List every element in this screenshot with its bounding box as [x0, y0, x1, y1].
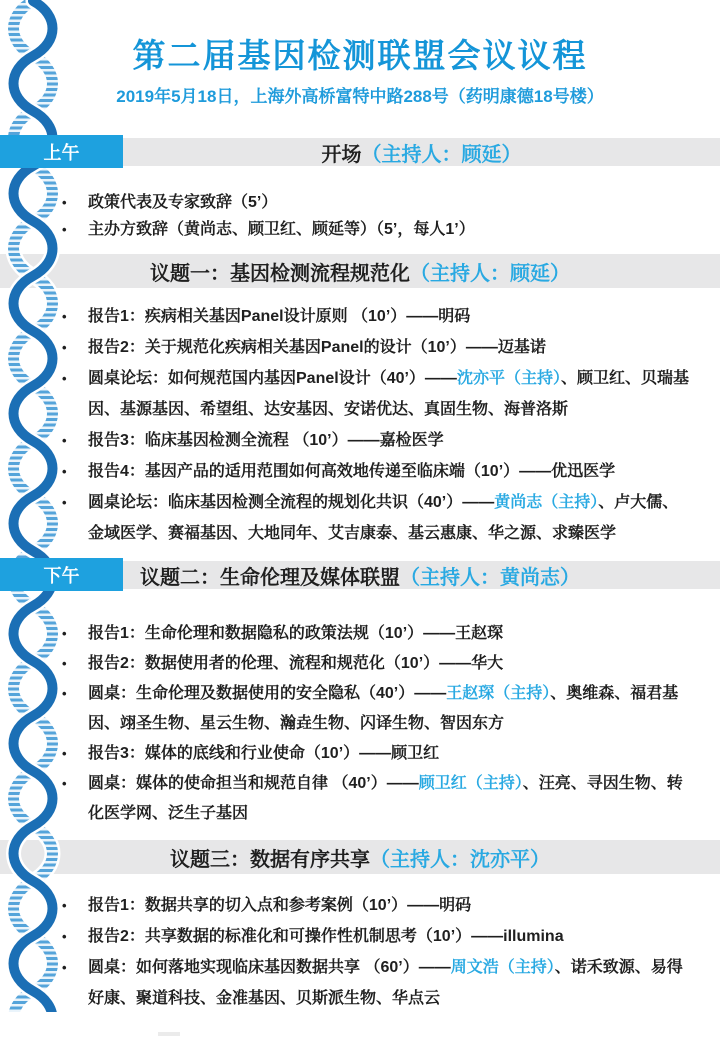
list-item: • 报告1：生命伦理和数据隐私的政策法规（10’）——王赵琛 — [62, 619, 692, 649]
section-heading-topic1: 议题一：基因检测流程规范化（主持人：顾延） — [150, 257, 570, 286]
list-item: • 报告3：媒体的底线和行业使命（10’）——顾卫红 — [62, 739, 692, 769]
list-item: • 政策代表及专家致辞（5’） — [62, 189, 692, 216]
bullet-icon: • — [62, 769, 88, 829]
item-text: 报告2：数据使用者的伦理、流程和规范化（10’）——华大 — [88, 649, 692, 679]
list-item: • 报告2：共享数据的标准化和可操作性机制思考（10’）——illumina — [62, 921, 692, 952]
section-heading-topic2: 议题二：生命伦理及媒体联盟（主持人：黄尚志） — [140, 561, 580, 590]
item-host-name: 黄尚志（主持） — [494, 494, 598, 511]
time-label-morning: 上午 — [0, 135, 123, 168]
list-item: • 主办方致辞（黄尚志、顾卫红、顾延等）（5’，每人1’） — [62, 216, 692, 243]
bottom-edge-artifact — [158, 1032, 180, 1036]
item-text: 圆桌：媒体的使命担当和规范自律 （40’）——顾卫红（主持）、汪亮、寻因生物、转… — [88, 769, 692, 829]
agenda-page: { "page": { "title": "第二届基因检测联盟会议议程", "s… — [0, 0, 720, 1040]
list-item: • 报告4：基因产品的适用范围如何高效地传递至临床端（10’）——优迅医学 — [62, 456, 692, 487]
section-heading-main: 议题二：生命伦理及媒体联盟 — [140, 567, 400, 589]
item-text-pre: 圆桌：如何落地实现临床基因数据共享 （60’）—— — [88, 959, 451, 976]
item-text-pre: 圆桌论坛：如何规范国内基因Panel设计（40’）—— — [88, 370, 457, 387]
item-host-name: 王赵琛（主持） — [446, 685, 550, 702]
item-text: 主办方致辞（黄尚志、顾卫红、顾延等）（5’，每人1’） — [88, 216, 692, 243]
item-text: 圆桌：如何落地实现临床基因数据共享 （60’）——周文浩（主持）、诺禾致源、易得… — [88, 952, 692, 1014]
list-item: • 圆桌：生命伦理及数据使用的安全隐私（40’）——王赵琛（主持）、奥维森、福君… — [62, 679, 692, 739]
list-item: • 圆桌论坛：如何规范国内基因Panel设计（40’）——沈亦平（主持）、顾卫红… — [62, 363, 692, 425]
bullet-icon: • — [62, 739, 88, 769]
item-text: 圆桌：生命伦理及数据使用的安全隐私（40’）——王赵琛（主持）、奥维森、福君基因… — [88, 679, 692, 739]
bullet-icon: • — [62, 619, 88, 649]
section-heading-topic3: 议题三：数据有序共享（主持人：沈亦平） — [170, 843, 550, 872]
bullet-icon: • — [62, 363, 88, 425]
list-item: • 圆桌论坛：临床基因检测全流程的规划化共识（40’）——黄尚志（主持）、卢大儒… — [62, 487, 692, 549]
item-text: 政策代表及专家致辞（5’） — [88, 189, 692, 216]
item-host-name: 周文浩（主持） — [451, 959, 555, 976]
item-text: 报告4：基因产品的适用范围如何高效地传递至临床端（10’）——优迅医学 — [88, 456, 692, 487]
item-text: 报告2：共享数据的标准化和可操作性机制思考（10’）——illumina — [88, 921, 692, 952]
bullet-icon: • — [62, 425, 88, 456]
topic2-item-list: • 报告1：生命伦理和数据隐私的政策法规（10’）——王赵琛 • 报告2：数据使… — [62, 619, 692, 829]
section-heading-host: （主持人：黄尚志） — [400, 567, 580, 589]
topic1-item-list: • 报告1：疾病相关基因Panel设计原则 （10’）——明码 • 报告2：关于… — [62, 301, 692, 549]
section-heading-main: 开场 — [322, 144, 362, 166]
item-text: 圆桌论坛：如何规范国内基因Panel设计（40’）——沈亦平（主持）、顾卫红、贝… — [88, 363, 692, 425]
list-item: • 报告1：数据共享的切入点和参考案例（10’）——明码 — [62, 890, 692, 921]
item-text: 报告1：疾病相关基因Panel设计原则 （10’）——明码 — [88, 301, 692, 332]
item-text: 报告3：媒体的底线和行业使命（10’）——顾卫红 — [88, 739, 692, 769]
item-text: 圆桌论坛：临床基因检测全流程的规划化共识（40’）——黄尚志（主持）、卢大儒、金… — [88, 487, 692, 549]
list-item: • 圆桌：媒体的使命担当和规范自律 （40’）——顾卫红（主持）、汪亮、寻因生物… — [62, 769, 692, 829]
bullet-icon: • — [62, 487, 88, 549]
item-text-pre: 圆桌：生命伦理及数据使用的安全隐私（40’）—— — [88, 685, 446, 702]
section-heading-main: 议题一：基因检测流程规范化 — [150, 263, 410, 285]
section-heading-host: （主持人：沈亦平） — [370, 849, 550, 871]
list-item: • 报告3：临床基因检测全流程 （10’）——嘉检医学 — [62, 425, 692, 456]
section-heading-opening: 开场（主持人：顾延） — [123, 138, 720, 167]
bullet-icon: • — [62, 301, 88, 332]
item-text: 报告3：临床基因检测全流程 （10’）——嘉检医学 — [88, 425, 692, 456]
item-text: 报告2：关于规范化疾病相关基因Panel的设计（10’）——迈基诺 — [88, 332, 692, 363]
item-text: 报告1：数据共享的切入点和参考案例（10’）——明码 — [88, 890, 692, 921]
bullet-icon: • — [62, 189, 88, 216]
item-text-pre: 圆桌论坛：临床基因检测全流程的规划化共识（40’）—— — [88, 494, 494, 511]
bullet-icon: • — [62, 649, 88, 679]
bullet-icon: • — [62, 952, 88, 1014]
page-subtitle: 2019年5月18日，上海外高桥富特中路288号（药明康德18号楼） — [0, 82, 720, 107]
bullet-icon: • — [62, 456, 88, 487]
section-heading-host: （主持人：顾延） — [362, 144, 522, 166]
bullet-icon: • — [62, 890, 88, 921]
item-host-name: 沈亦平（主持） — [457, 370, 561, 387]
list-item: • 圆桌：如何落地实现临床基因数据共享 （60’）——周文浩（主持）、诺禾致源、… — [62, 952, 692, 1014]
list-item: • 报告1：疾病相关基因Panel设计原则 （10’）——明码 — [62, 301, 692, 332]
topic3-item-list: • 报告1：数据共享的切入点和参考案例（10’）——明码 • 报告2：共享数据的… — [62, 890, 692, 1014]
page-title: 第二届基因检测联盟会议议程 — [0, 30, 720, 77]
list-item: • 报告2：数据使用者的伦理、流程和规范化（10’）——华大 — [62, 649, 692, 679]
bullet-icon: • — [62, 216, 88, 243]
bullet-icon: • — [62, 332, 88, 363]
bullet-icon: • — [62, 679, 88, 739]
bullet-icon: • — [62, 921, 88, 952]
item-host-name: 顾卫红（主持） — [419, 775, 523, 792]
section-heading-main: 议题三：数据有序共享 — [170, 849, 370, 871]
item-text-pre: 圆桌：媒体的使命担当和规范自律 （40’）—— — [88, 775, 419, 792]
opening-item-list: • 政策代表及专家致辞（5’） • 主办方致辞（黄尚志、顾卫红、顾延等）（5’，… — [62, 189, 692, 243]
section-bar-topic1: 议题一：基因检测流程规范化（主持人：顾延） — [0, 254, 720, 288]
time-label-afternoon: 下午 — [0, 558, 123, 591]
section-heading-host: （主持人：顾延） — [410, 263, 570, 285]
item-text: 报告1：生命伦理和数据隐私的政策法规（10’）——王赵琛 — [88, 619, 692, 649]
section-bar-topic3: 议题三：数据有序共享（主持人：沈亦平） — [0, 840, 720, 874]
list-item: • 报告2：关于规范化疾病相关基因Panel的设计（10’）——迈基诺 — [62, 332, 692, 363]
